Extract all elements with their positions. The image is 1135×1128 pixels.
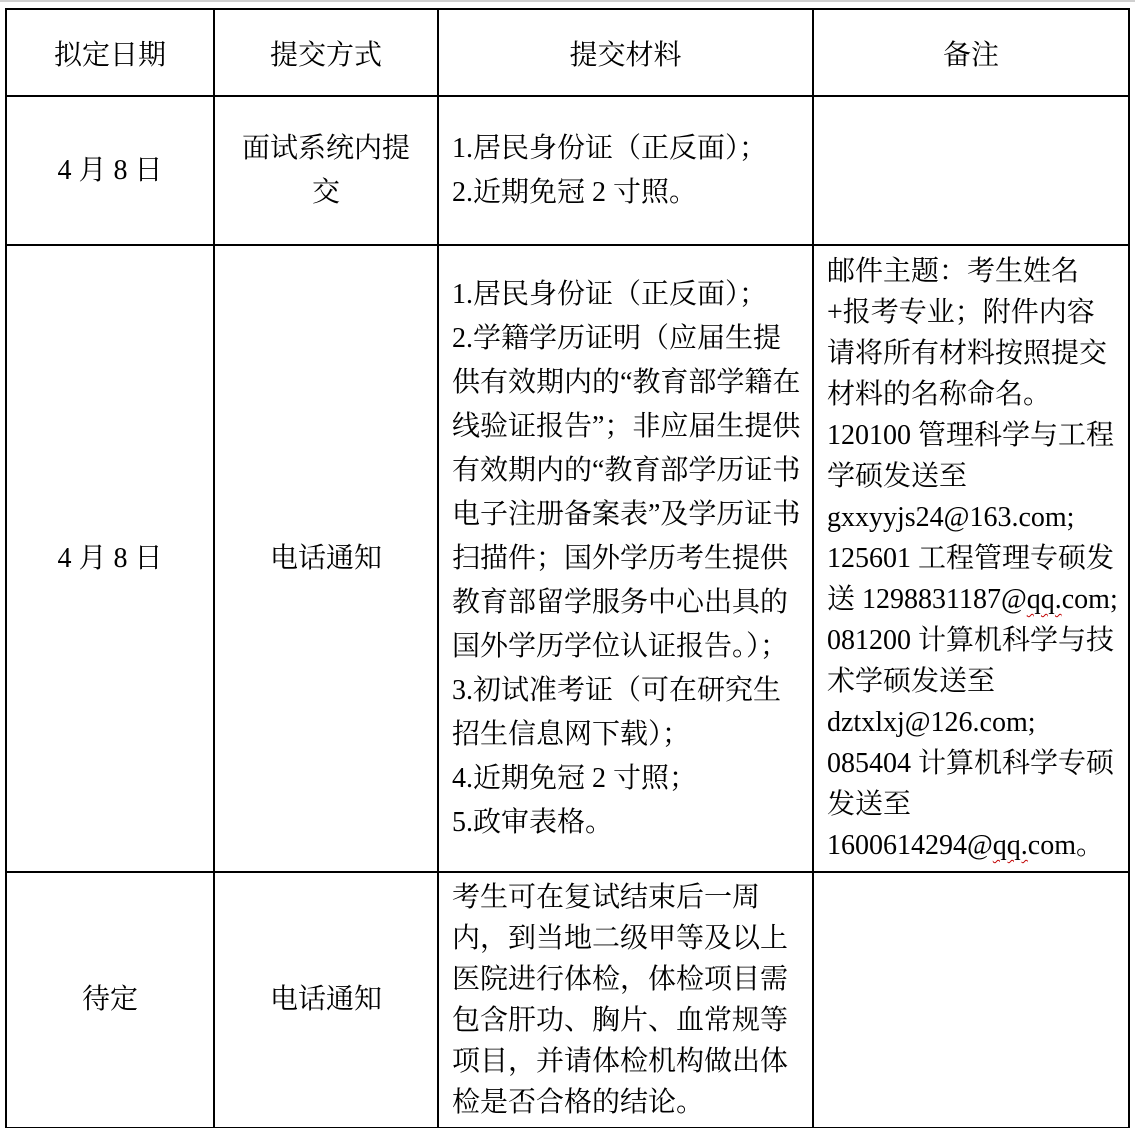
- paragraph: 考生可在复试结束后一周内，到当地二级甲等及以上医院进行体检，体检项目需包含肝功、…: [452, 877, 802, 1123]
- header-submission-method: 提交方式: [214, 9, 438, 96]
- paragraph: 1.居民身份证（正反面）；: [452, 127, 802, 171]
- text-segment: com;: [1062, 584, 1118, 615]
- submission-schedule-table: 拟定日期 提交方式 提交材料 备注 4 月 8 日 面试系统内提交 1.居民身份…: [5, 8, 1130, 1128]
- text-segment: 2.近期免冠 2 寸照。: [452, 177, 697, 208]
- cell-remarks: 邮件主题：考生姓名+报考专业；附件内容请将所有材料按照提交材料的名称命名。120…: [813, 245, 1129, 872]
- paragraph: 2.近期免冠 2 寸照。: [452, 171, 802, 215]
- header-remarks: 备注: [813, 9, 1129, 96]
- cell-proposed-date: 4 月 8 日: [6, 96, 214, 245]
- cell-materials: 1.居民身份证（正反面）；2.学籍学历证明（应届生提供有效期内的“教育部学籍在线…: [438, 245, 813, 872]
- table-row: 4 月 8 日 面试系统内提交 1.居民身份证（正反面）；2.近期免冠 2 寸照…: [6, 96, 1129, 245]
- text-segment: 邮件主题：考生姓名+报考专业；附件内容请将所有材料按照提交材料的名称命名。: [827, 256, 1107, 410]
- text-segment: 4.近期免冠 2 寸照；: [452, 763, 697, 794]
- paragraph: 120100 管理科学与工程学硕发送至 gxxyyjs24@163.com;: [827, 415, 1122, 538]
- paragraph: 4.近期免冠 2 寸照；: [452, 757, 802, 801]
- cell-proposed-date: 4 月 8 日: [6, 245, 214, 872]
- text-segment: 1.居民身份证（正反面）；: [452, 133, 767, 164]
- paragraph: 081200 计算机科学与技术学硕发送至 dztxlxj@126.com;: [827, 620, 1122, 743]
- paragraph: 125601 工程管理专硕发送 1298831187@qq.com;: [827, 538, 1122, 620]
- paragraph: 1.居民身份证（正反面）；: [452, 273, 802, 317]
- cell-materials: 考生可在复试结束后一周内，到当地二级甲等及以上医院进行体检，体检项目需包含肝功、…: [438, 872, 813, 1128]
- text-segment: 081200 计算机科学与技术学硕发送至 dztxlxj@126.com;: [827, 625, 1114, 738]
- cell-submission-method: 电话通知: [214, 245, 438, 872]
- text-segment: 考生可在复试结束后一周内，到当地二级甲等及以上医院进行体检，体检项目需包含肝功、…: [452, 882, 788, 1118]
- cell-remarks: [813, 96, 1129, 245]
- page-top-rule: [0, 0, 1135, 2]
- text-segment: 2.学籍学历证明（应届生提供有效期内的“教育部学籍在线验证报告”；非应届生提供有…: [452, 323, 800, 662]
- paragraph: 085404 计算机科学专硕发送至 1600614294@qq.com。: [827, 743, 1122, 866]
- header-submission-materials: 提交材料: [438, 9, 813, 96]
- text-segment: 3.初试准考证（可在研究生招生信息网下载）；: [452, 675, 781, 750]
- text-segment: com。: [1028, 830, 1104, 861]
- spellcheck-wavy-underline: qq.: [1027, 584, 1062, 615]
- paragraph: 2.学籍学历证明（应届生提供有效期内的“教育部学籍在线验证报告”；非应届生提供有…: [452, 317, 802, 669]
- table-header-row: 拟定日期 提交方式 提交材料 备注: [6, 9, 1129, 96]
- paragraph: 3.初试准考证（可在研究生招生信息网下载）；: [452, 669, 802, 757]
- spellcheck-wavy-underline: qq.: [993, 830, 1028, 861]
- text-segment: 1.居民身份证（正反面）；: [452, 279, 767, 310]
- cell-remarks: [813, 872, 1129, 1128]
- table-row: 4 月 8 日 电话通知 1.居民身份证（正反面）；2.学籍学历证明（应届生提供…: [6, 245, 1129, 872]
- text-segment: 5.政审表格。: [452, 807, 613, 838]
- table-row: 待定 电话通知 考生可在复试结束后一周内，到当地二级甲等及以上医院进行体检，体检…: [6, 872, 1129, 1128]
- cell-proposed-date: 待定: [6, 872, 214, 1128]
- header-proposed-date: 拟定日期: [6, 9, 214, 96]
- paragraph: 5.政审表格。: [452, 801, 802, 845]
- paragraph: 邮件主题：考生姓名+报考专业；附件内容请将所有材料按照提交材料的名称命名。: [827, 251, 1122, 415]
- cell-submission-method: 面试系统内提交: [214, 96, 438, 245]
- cell-submission-method: 电话通知: [214, 872, 438, 1128]
- cell-materials: 1.居民身份证（正反面）；2.近期免冠 2 寸照。: [438, 96, 813, 245]
- text-segment: 120100 管理科学与工程学硕发送至 gxxyyjs24@163.com;: [827, 420, 1114, 533]
